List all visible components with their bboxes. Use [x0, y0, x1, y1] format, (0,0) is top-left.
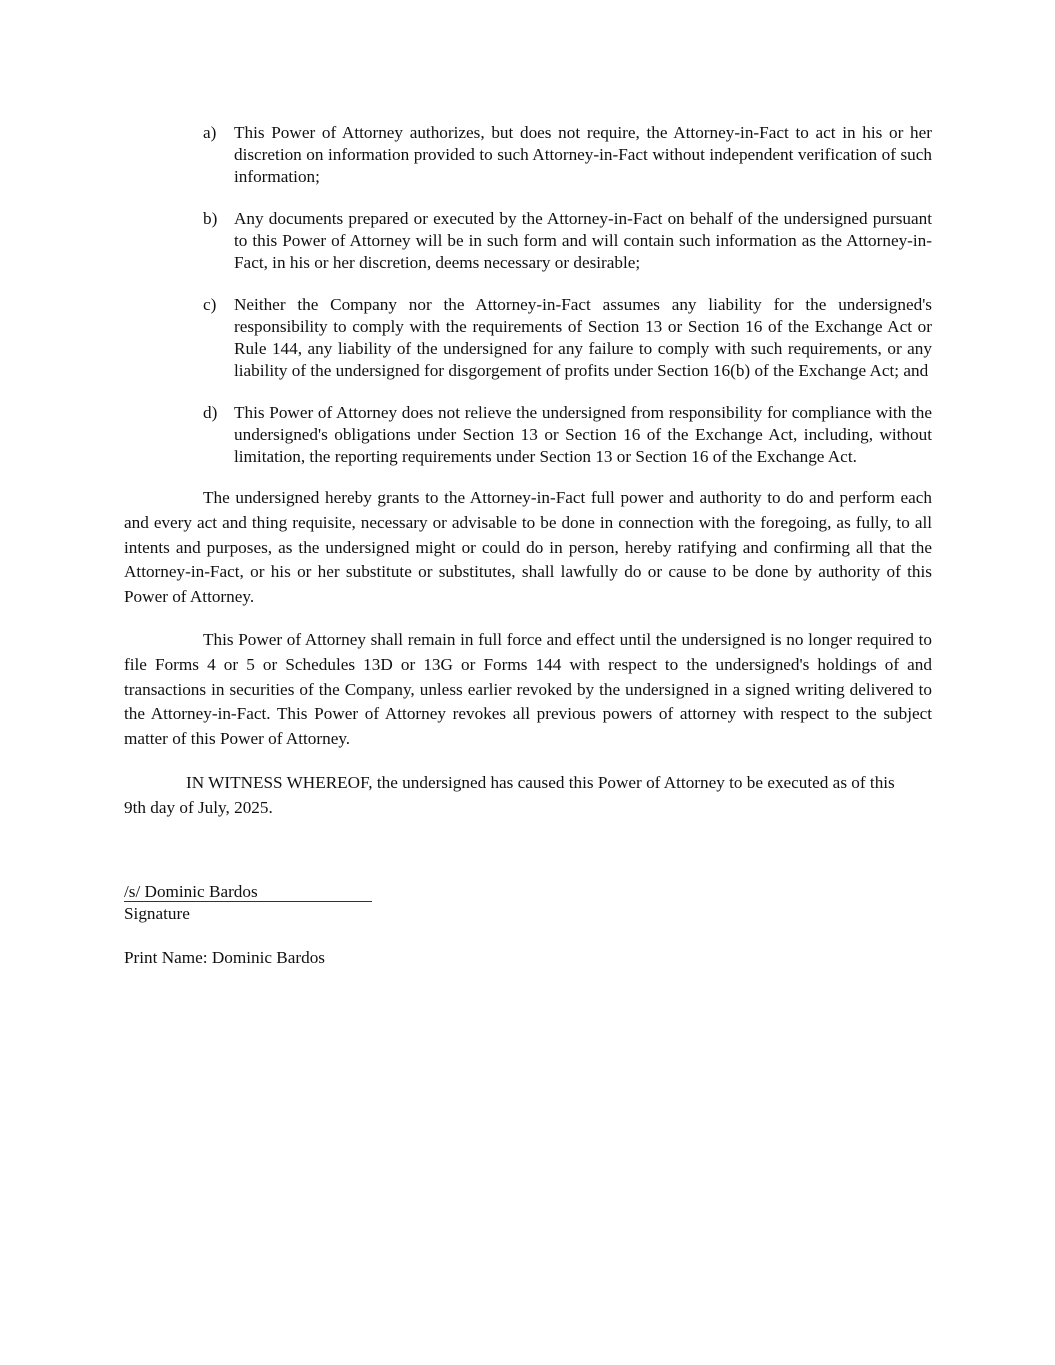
list-item-a: a) This Power of Attorney authorizes, bu…	[124, 122, 932, 188]
grant-paragraph: The undersigned hereby grants to the Att…	[124, 486, 932, 610]
list-item-text: Neither the Company nor the Attorney-in-…	[234, 295, 932, 380]
list-marker: d)	[203, 402, 217, 424]
print-name: Print Name: Dominic Bardos	[124, 947, 932, 969]
list-item-c: c) Neither the Company nor the Attorney-…	[124, 294, 932, 382]
list-marker: c)	[203, 294, 216, 316]
duration-paragraph: This Power of Attorney shall remain in f…	[124, 628, 932, 752]
list-marker: b)	[203, 208, 217, 230]
list-marker: a)	[203, 122, 216, 144]
list-item-text: This Power of Attorney does not relieve …	[234, 403, 932, 466]
signature-line: /s/ Dominic Bardos	[124, 882, 372, 902]
list-item-d: d) This Power of Attorney does not relie…	[124, 402, 932, 468]
list-item-b: b) Any documents prepared or executed by…	[124, 208, 932, 274]
witness-paragraph: IN WITNESS WHEREOF, the undersigned has …	[124, 770, 932, 821]
signature-block: /s/ Dominic Bardos Signature Print Name:…	[124, 881, 932, 969]
list-item-text: This Power of Attorney authorizes, but d…	[234, 123, 932, 186]
document-page: a) This Power of Attorney authorizes, bu…	[124, 122, 932, 969]
list-item-text: Any documents prepared or executed by th…	[234, 209, 932, 272]
signature-label: Signature	[124, 903, 932, 925]
